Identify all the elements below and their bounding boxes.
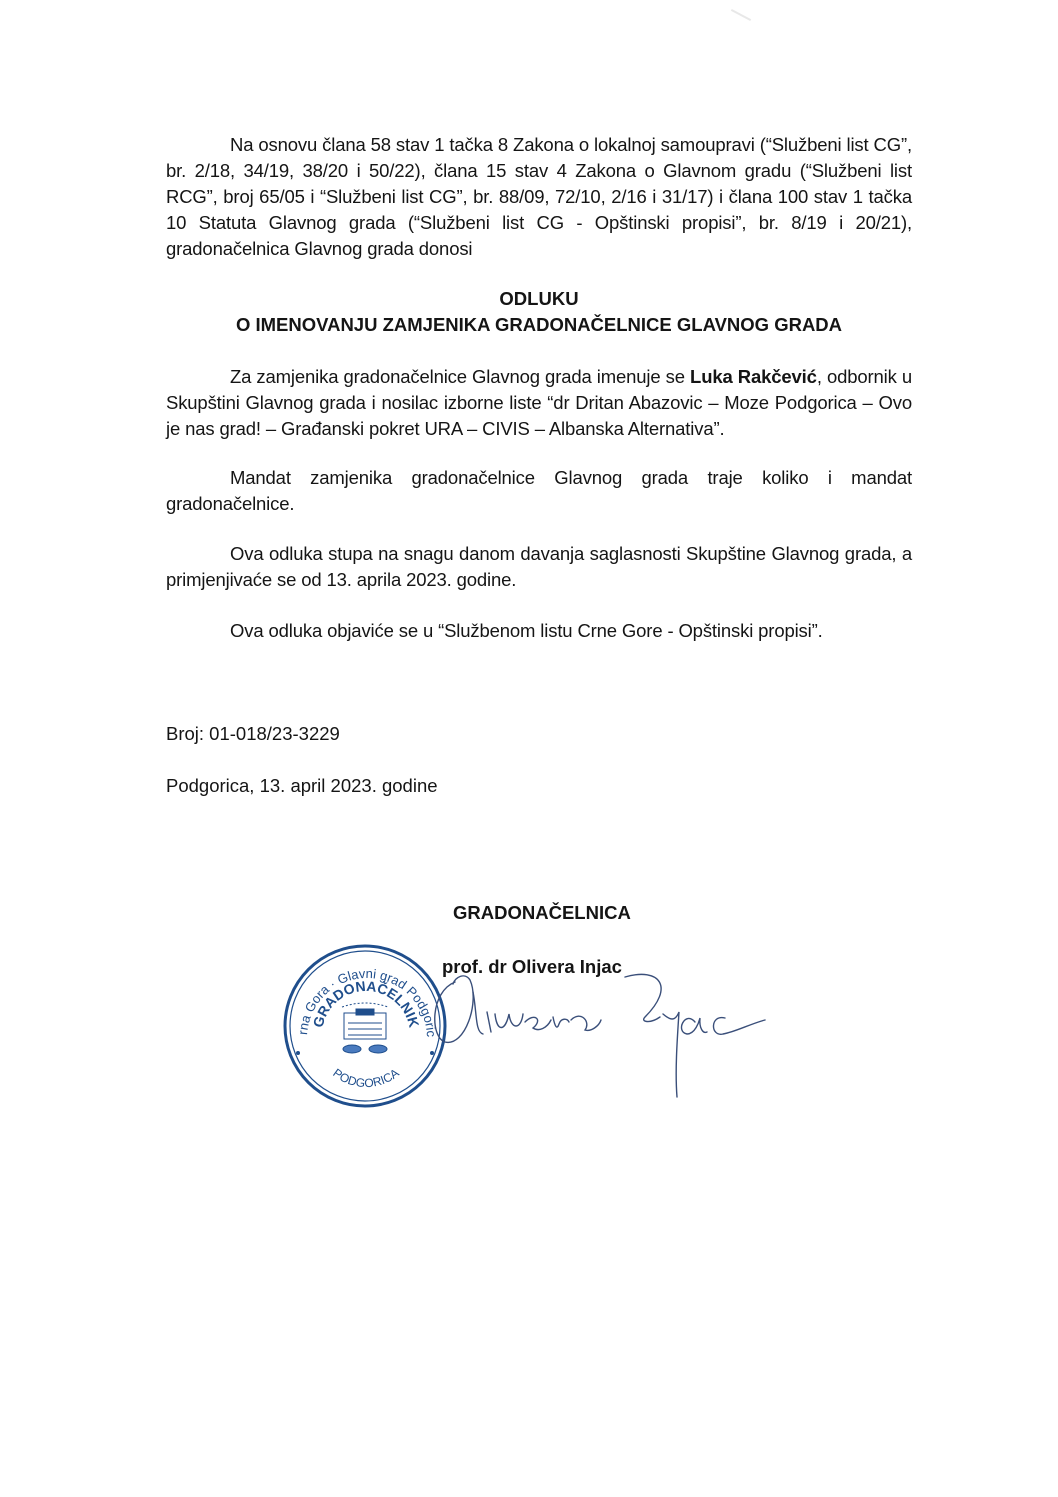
handwritten-signature-icon — [425, 962, 775, 1102]
reference-number: Broj: 01-018/23-3229 — [166, 721, 340, 747]
place-and-date: Podgorica, 13. april 2023. godine — [166, 773, 438, 799]
intro-paragraph: Na osnovu člana 58 stav 1 tačka 8 Zakona… — [166, 132, 912, 262]
effect-text: Ova odluka stupa na snagu danom davanja … — [166, 541, 912, 593]
publish-paragraph: Ova odluka objaviće se u “Službenom list… — [166, 618, 912, 644]
appointment-paragraph: Za zamjenika gradonačelnice Glavnog grad… — [166, 364, 912, 442]
appointee-name: Luka Rakčević — [690, 366, 817, 387]
intro-text: Na osnovu člana 58 stav 1 tačka 8 Zakona… — [166, 132, 912, 262]
mandate-text: Mandat zamjenika gradonačelnice Glavnog … — [166, 465, 912, 517]
scan-artifact — [731, 9, 751, 21]
signatory-title: GRADONAČELNICA — [453, 902, 631, 924]
mandate-paragraph: Mandat zamjenika gradonačelnice Glavnog … — [166, 465, 912, 517]
decision-title: ODLUKU — [166, 286, 912, 312]
appointment-text-before: Za zamjenika gradonačelnice Glavnog grad… — [230, 366, 690, 387]
publish-text: Ova odluka objaviće se u “Službenom list… — [166, 618, 912, 644]
stamp-bottom-text: PODGORICA — [330, 1066, 401, 1090]
document-page: Na osnovu člana 58 stav 1 tačka 8 Zakona… — [0, 0, 1058, 1497]
official-stamp-icon: Crna Gora · Glavni grad Podgorica GRADON… — [282, 943, 448, 1109]
effect-paragraph: Ova odluka stupa na snagu danom davanja … — [166, 541, 912, 593]
svg-text:PODGORICA: PODGORICA — [330, 1066, 401, 1090]
coat-of-arms-icon — [342, 1003, 388, 1053]
decision-subtitle: O IMENOVANJU ZAMJENIKA GRADONAČELNICE GL… — [166, 312, 912, 338]
